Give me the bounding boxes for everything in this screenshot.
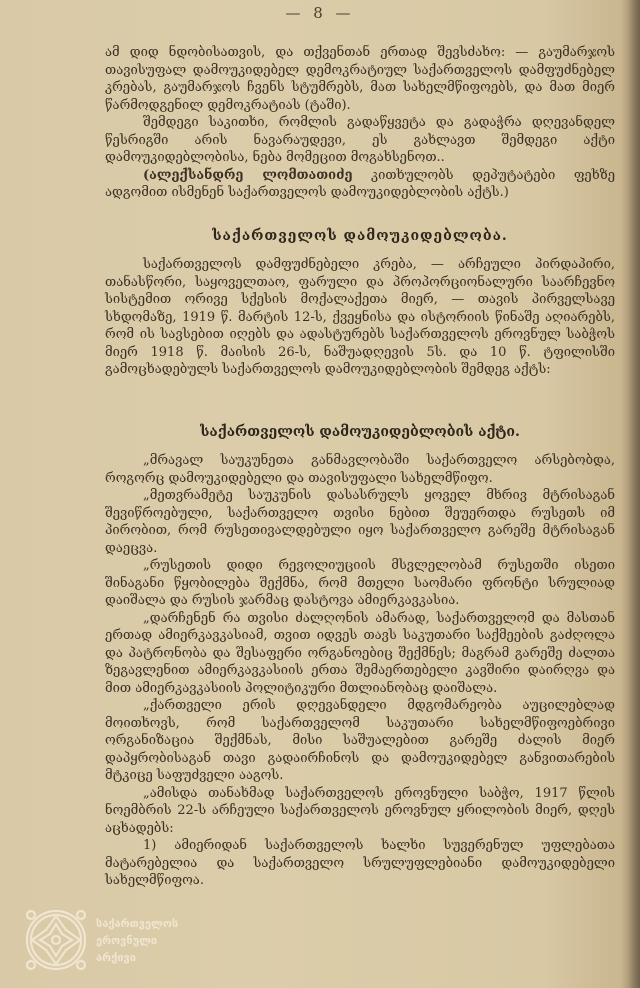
act-text: „მრავალ საუკუნეთა განმავლობაში საქართველ… [105,452,615,890]
act-paragraph: „დარჩენენ რა თვისი ძალღონის ამარად, საქა… [105,610,615,698]
intro-paragraph-2: შემდეგი საკითხი, რომლის გადაწყვეტა და გა… [105,114,615,167]
act-paragraph: „ამისდა თანახმად საქართველოს ეროვნული სა… [105,785,615,838]
ornament-knot-icon [22,906,90,974]
act-paragraph: 1) ამიერიდან საქართველოს ხალხი სუვერენულ… [105,837,615,890]
archive-name-line-1: საქართველოს [96,915,178,932]
section1-text: საქართველოს დამფუძნებელი კრება, — არჩეულ… [105,256,615,379]
page-edge-shadow [628,0,640,988]
intro-text: ამ დიდ ნდობისათვის, და თქვენთან ერთად შე… [105,44,615,202]
section-heading-independence: საქართველოს დამოუკიდებლობა. [105,228,615,244]
intro-paragraph-3: (ალექსანდრე ლომთათიძე კითხულობს დეპუტატე… [105,167,615,202]
section-heading-act: საქართველოს დამოუკიდებლობის აქტი. [105,424,615,440]
act-paragraph: „მრავალ საუკუნეთა განმავლობაში საქართველ… [105,452,615,487]
archive-name: საქართველოს ეროვნული არქივი [96,915,178,966]
intro-paragraph-1: ამ დიდ ნდობისათვის, და თქვენთან ერთად შე… [105,44,615,114]
act-paragraph: „მეთვრამეტე საუკუნის დასასრულს ყოველ მხრ… [105,487,615,557]
speaker-name: (ალექსანდრე ლომთათიძე [143,168,352,183]
page-number: — 8 — [0,4,640,22]
section1-paragraph: საქართველოს დამფუძნებელი კრება, — არჩეულ… [105,256,615,379]
archive-name-line-3: არქივი [96,949,178,966]
archive-document-page: — 8 — ამ დიდ ნდობისათვის, და თქვენთან ერ… [0,0,640,988]
act-paragraph: „ქართველი ერის დღევანდელი მდგომარეობა აუ… [105,697,615,785]
national-archive-watermark: საქართველოს ეროვნული არქივი [22,906,178,974]
archive-name-line-2: ეროვნული [96,932,178,949]
act-paragraph: „რუსეთის დიდი რევოლიუციის მსვლელობამ რუს… [105,557,615,610]
